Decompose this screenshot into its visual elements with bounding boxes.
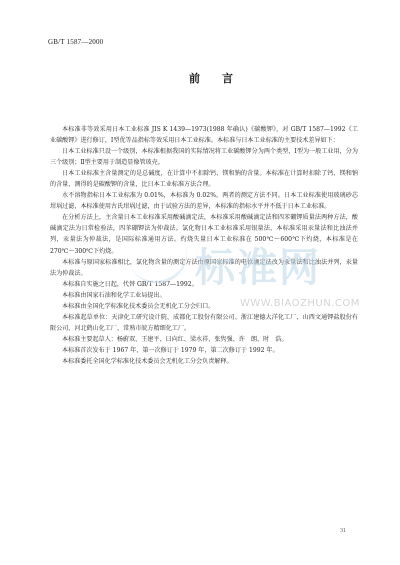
standard-number: GB/T 1587—2000 — [48, 38, 103, 46]
paragraph: 本标准委托全国化学标准化技术委员会无机化工分会负责解释。 — [50, 356, 358, 367]
paragraph: 日本工业标准只设一个级别，本标准根据我国的实际情况将工业碳酸钾分为两个类型，Ⅰ型… — [50, 146, 358, 168]
page-number: 31 — [340, 528, 346, 534]
paragraph: 本标准首次发布于 1967 年，第一次修订于 1979 年，第二次修订于 199… — [50, 345, 358, 356]
paragraph: 本标准非等效采用日本工业标准 JIS K 1439—1973(1988 年确认)… — [50, 124, 358, 146]
paragraph: 本标准起草单位：天津化工研究设计院、成都化工股份有限公司、浙江建德大洋化工厂、山… — [50, 312, 358, 334]
page-title: 前言 — [0, 70, 400, 86]
watermark-text: 标准网 — [195, 236, 321, 293]
paragraph: 本标准主要起草人：杨蔚双、王建平、曰向红、梁水祥、张隽强、许 朗、时 浩。 — [50, 334, 358, 345]
watermark-url: WWW.BIAOZHUN.COM — [240, 298, 360, 309]
paragraph: 日本工业标准主含量测定的是总碱度，在计算中不扣除钙、镁和钠的含量。本标准在计算时… — [50, 168, 358, 190]
paragraph: 水不溶物指标日本工业标准为 0.01%，本标准为 0.02%，两者的测定方法不同… — [50, 190, 358, 212]
